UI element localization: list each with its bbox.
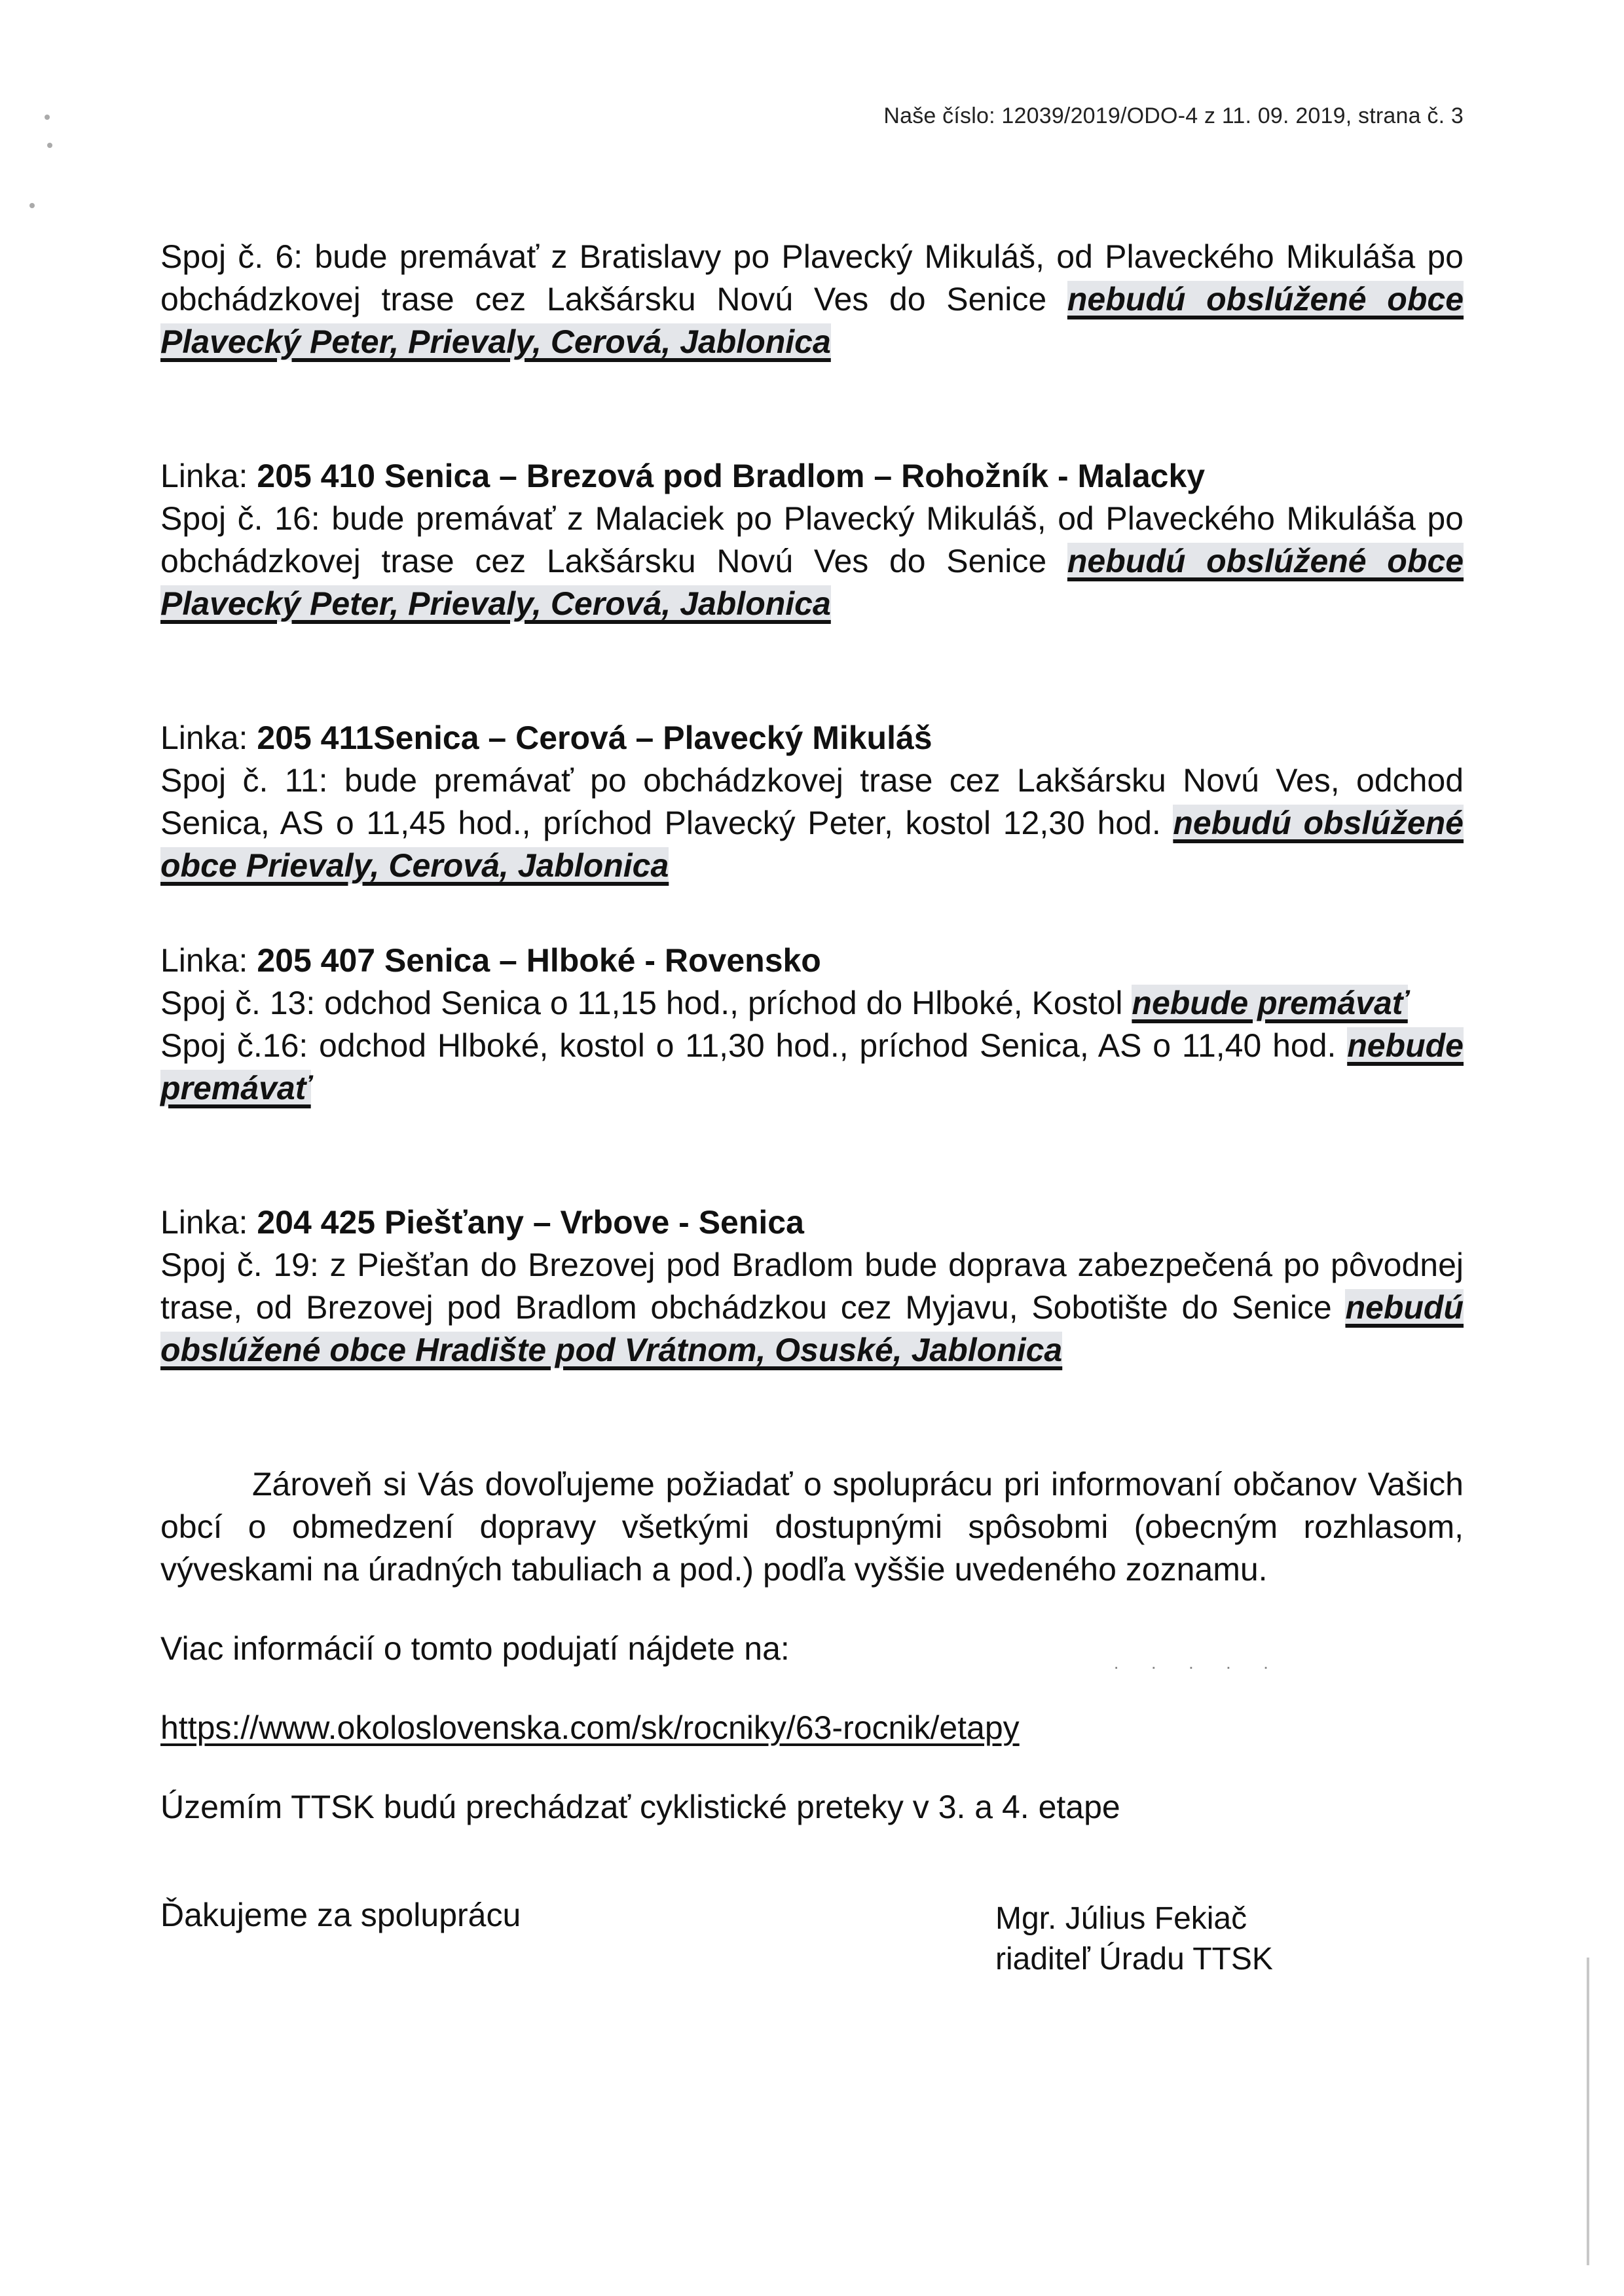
signatory-name: Mgr. Július Fekiač bbox=[995, 1899, 1273, 1939]
line-heading: Linka: 205 407 Senica – Hlboké - Rovensk… bbox=[160, 939, 1464, 982]
scan-edge-line bbox=[1587, 1958, 1589, 2265]
scan-artifact bbox=[29, 203, 35, 208]
line-route: 205 411Senica – Cerová – Plavecký Mikulá… bbox=[257, 720, 932, 756]
line-heading: Linka: 204 425 Piešťany – Vrbove - Senic… bbox=[160, 1201, 1464, 1244]
document-body: Spoj č. 6: bude premávať z Bratislavy po… bbox=[160, 236, 1464, 1937]
scan-artifact bbox=[47, 143, 52, 148]
connection-paragraph: Spoj č. 13: odchod Senica o 11,15 hod., … bbox=[160, 982, 1464, 1025]
line-heading: Linka: 205 411Senica – Cerová – Plavecký… bbox=[160, 717, 1464, 759]
scan-artifact: · · · · · bbox=[1113, 1656, 1282, 1677]
service-notice: nebude premávať bbox=[1132, 985, 1407, 1021]
signature-block: Mgr. Július Fekiač riaditeľ Úradu TTSK bbox=[995, 1899, 1273, 1980]
connection-paragraph: Spoj č. 19: z Piešťan do Brezovej pod Br… bbox=[160, 1244, 1464, 1372]
line-heading: Linka: 205 410 Senica – Brezová pod Brad… bbox=[160, 455, 1464, 498]
document-page: Naše číslo: 12039/2019/ODO-4 z 11. 09. 2… bbox=[0, 0, 1624, 2296]
stages-text: Územím TTSK budú prechádzať cyklistické … bbox=[160, 1786, 1464, 1829]
connection-paragraph: Spoj č.16: odchod Hlboké, kostol o 11,30… bbox=[160, 1025, 1464, 1110]
line-label: Linka: bbox=[160, 458, 257, 494]
connection-paragraph: Spoj č. 16: bude premávať z Malaciek po … bbox=[160, 498, 1464, 625]
event-link[interactable]: https://www.okoloslovenska.com/sk/rocnik… bbox=[160, 1709, 1020, 1746]
signatory-title: riaditeľ Úradu TTSK bbox=[995, 1939, 1273, 1980]
connection-text: Spoj č.16: odchod Hlboké, kostol o 11,30… bbox=[160, 1027, 1347, 1064]
connection-paragraph: Spoj č. 6: bude premávať z Bratislavy po… bbox=[160, 236, 1464, 363]
reference-header: Naše číslo: 12039/2019/ODO-4 z 11. 09. 2… bbox=[883, 103, 1464, 129]
line-label: Linka: bbox=[160, 942, 257, 979]
line-label: Linka: bbox=[160, 1204, 257, 1241]
connection-text: Spoj č. 13: odchod Senica o 11,15 hod., … bbox=[160, 985, 1132, 1021]
line-route: 205 407 Senica – Hlboké - Rovensko bbox=[257, 942, 821, 979]
connection-paragraph: Spoj č. 11: bude premávať po obchádzkove… bbox=[160, 759, 1464, 887]
line-label: Linka: bbox=[160, 720, 257, 756]
scan-artifact bbox=[45, 115, 50, 120]
line-route: 205 410 Senica – Brezová pod Bradlom – R… bbox=[257, 458, 1205, 494]
connection-text: Spoj č. 19: z Piešťan do Brezovej pod Br… bbox=[160, 1247, 1464, 1326]
line-route: 204 425 Piešťany – Vrbove - Senica bbox=[257, 1204, 804, 1241]
cooperation-request: Zároveň si Vás dovoľujeme požiadať o spo… bbox=[160, 1463, 1464, 1591]
